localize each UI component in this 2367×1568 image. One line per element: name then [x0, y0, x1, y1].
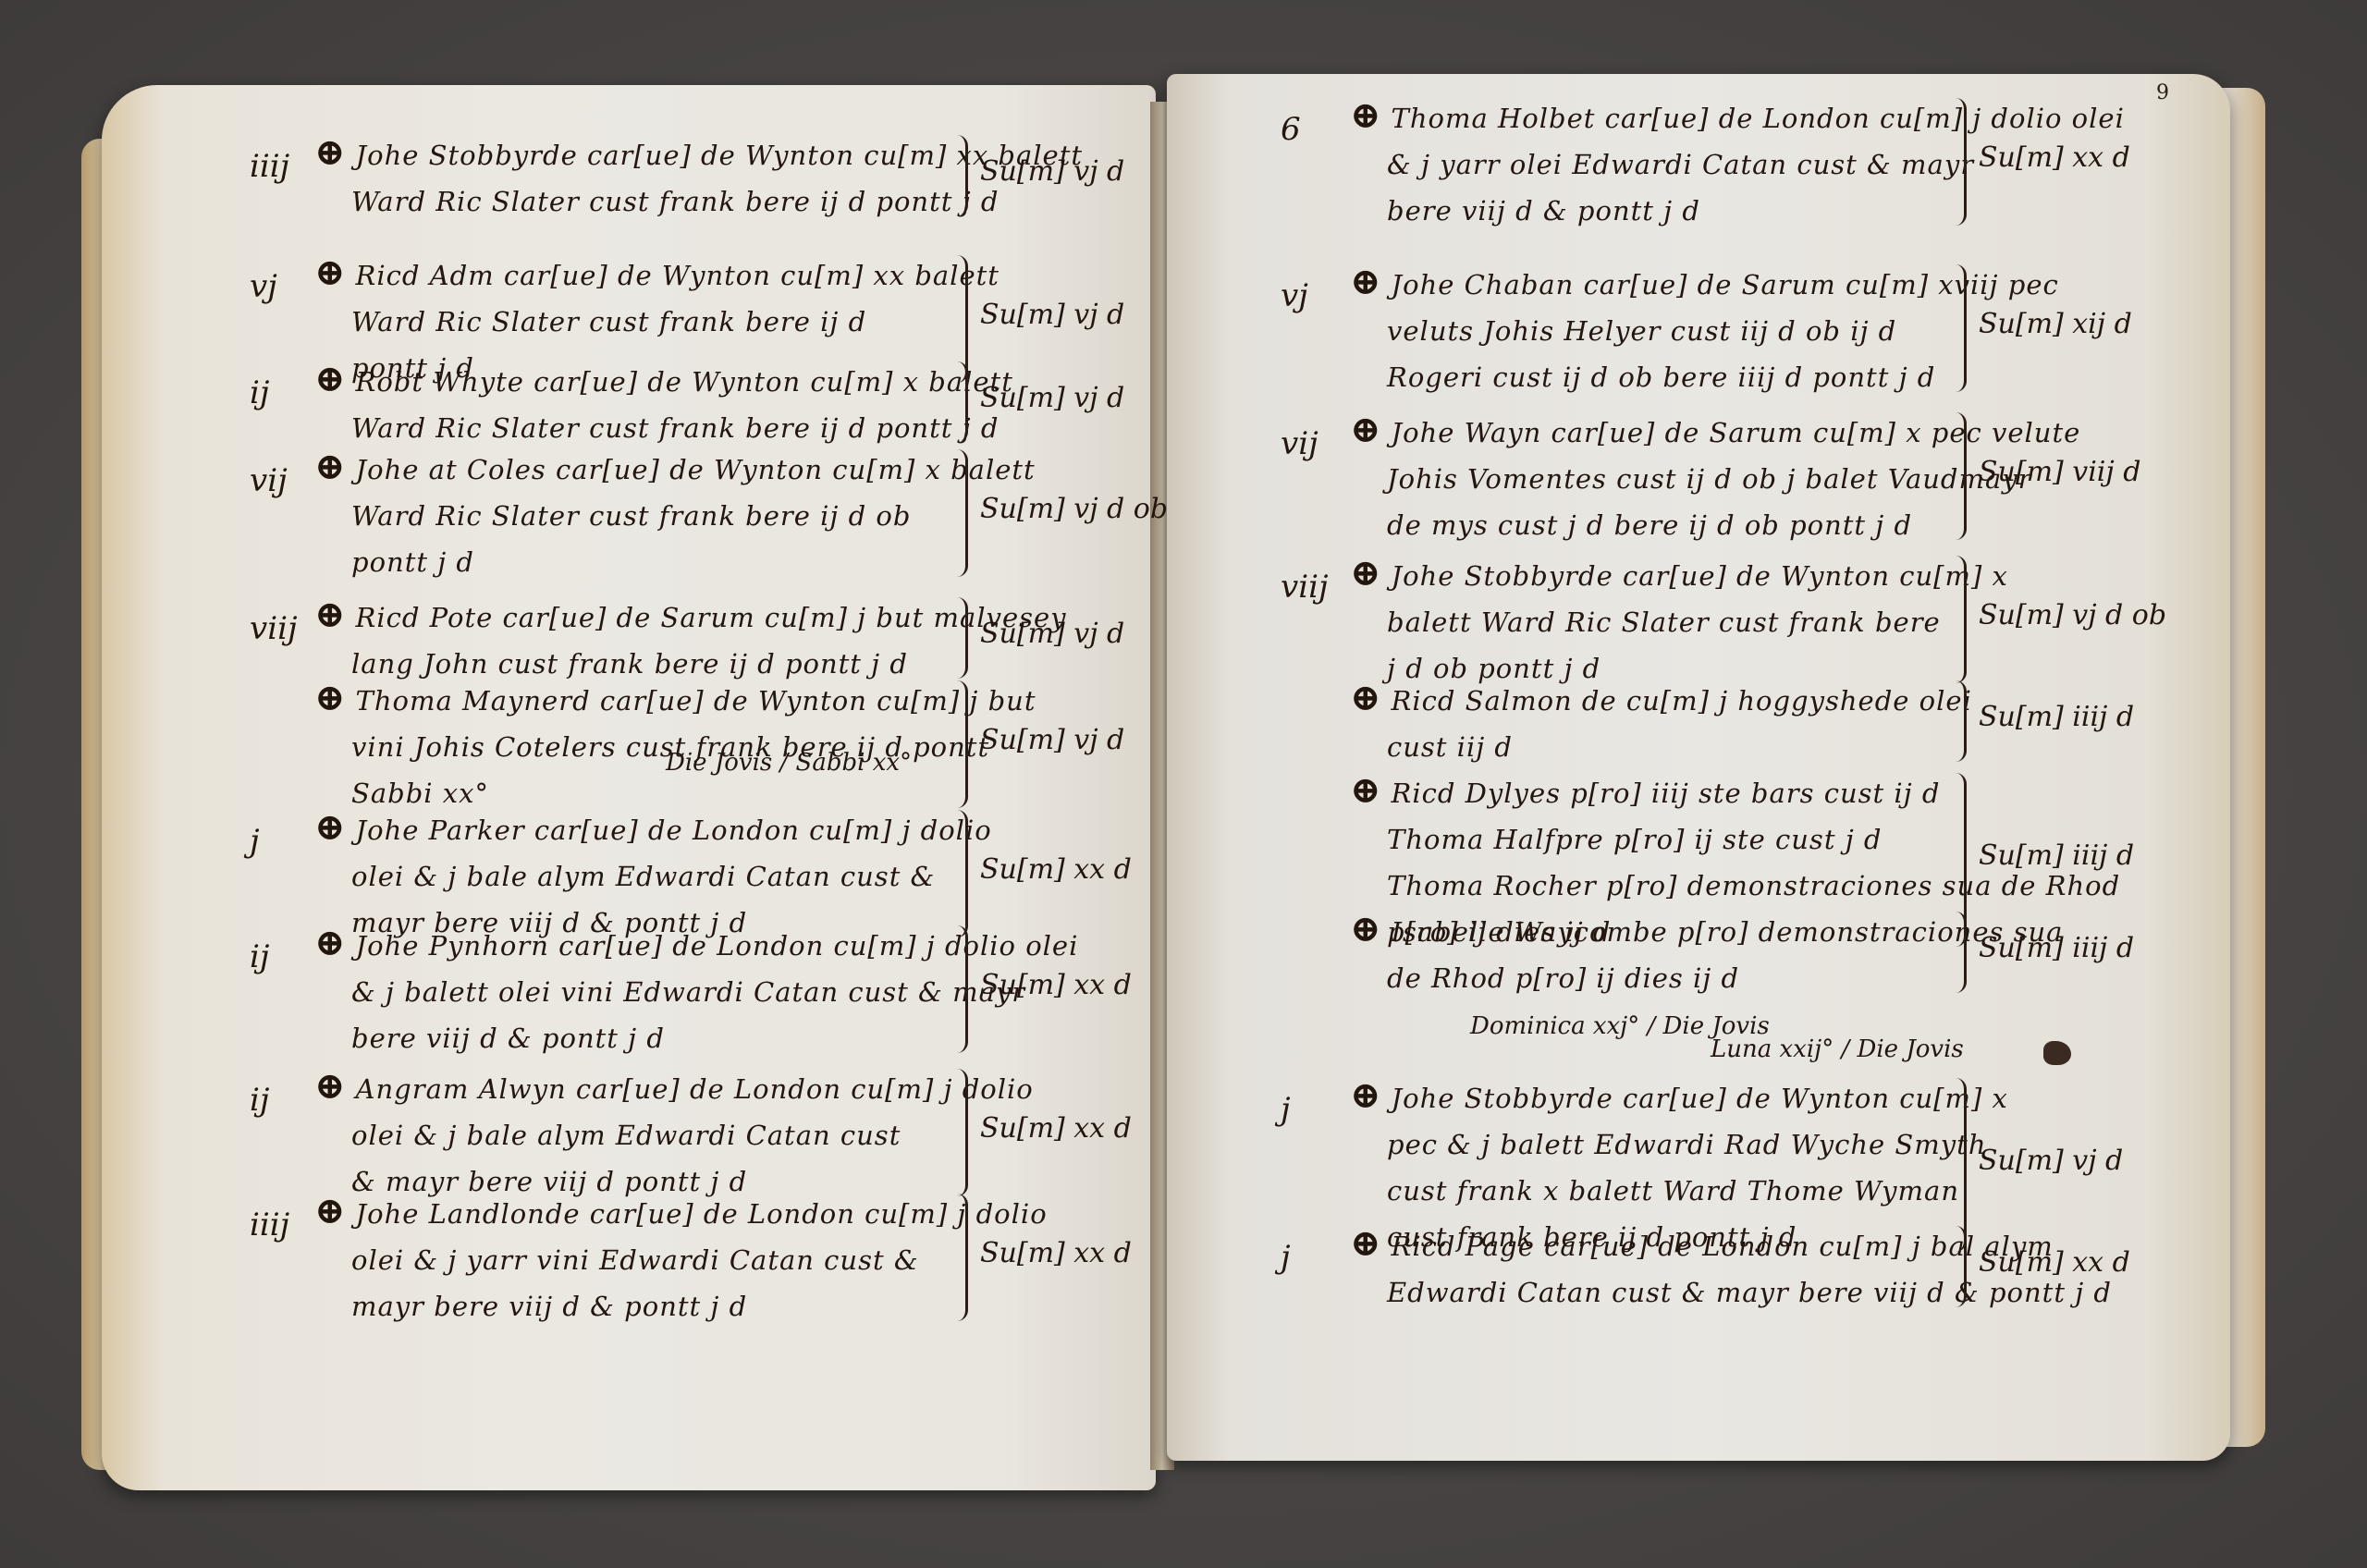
entry-amount: Su[m] vj d ob — [1979, 599, 2166, 631]
entry-bracket — [952, 680, 968, 808]
entry-line: ⊕Johe Stobbyrde car[ue] de Wynton cu[m] … — [1350, 1072, 2008, 1121]
entry-initial-mark: ⊕ — [314, 921, 347, 964]
entry-initial-mark: ⊕ — [1350, 408, 1382, 451]
entry-line: cust iij d — [1350, 724, 1972, 770]
entry-initial-mark: ⊕ — [1350, 907, 1382, 950]
margin-number: 6 — [1281, 111, 1301, 148]
ledger-entry: ⊕Ricd Salmon de cu[m] j hoggyshede oleic… — [1350, 675, 1972, 770]
margin-number: vij — [250, 462, 288, 499]
entry-line: ⊕Johe Parker car[ue] de London cu[m] j d… — [314, 804, 992, 853]
ledger-entry: ⊕Thoma Maynerd car[ue] de Wynton cu[m] j… — [314, 675, 1036, 816]
entry-line: Ward Ric Slater cust frank bere ij d — [314, 299, 1000, 345]
entry-line: Ward Ric Slater cust frank bere ij d ob — [314, 493, 1036, 539]
ledger-entry: ⊕Angram Alwyn car[ue] de London cu[m] j … — [314, 1063, 1034, 1205]
margin-number: j — [1281, 1239, 1291, 1276]
entry-amount: Su[m] iiij d — [1979, 701, 2134, 733]
entry-amount: Su[m] vj d — [1979, 1145, 2123, 1177]
entry-line: ⊕Johe Wayn car[ue] de Sarum cu[m] x pec … — [1350, 407, 2080, 456]
entry-line: Johis Vomentes cust ij d ob j balet Vaud… — [1350, 456, 2080, 502]
entry-line: ⊕Ricd Dylyes p[ro] iiij ste bars cust ij… — [1350, 767, 2120, 816]
entry-amount: Su[m] iiij d — [1979, 932, 2134, 964]
entry-line: pontt j d — [314, 539, 1036, 585]
entry-line: cust frank x balett Ward Thome Wyman — [1350, 1168, 2008, 1214]
entry-line: balett Ward Ric Slater cust frank bere — [1350, 599, 2008, 645]
entry-amount: Su[m] xx d — [1979, 1246, 2130, 1279]
entry-amount: Su[m] vj d — [980, 724, 1124, 756]
entry-initial-mark: ⊕ — [314, 593, 347, 636]
entry-initial-mark: ⊕ — [1350, 1221, 1382, 1265]
entry-initial-mark: ⊕ — [1350, 260, 1382, 303]
entry-bracket — [952, 1069, 968, 1196]
ledger-entry: ⊕Johe Wayn car[ue] de Sarum cu[m] x pec … — [1350, 407, 2080, 548]
entry-bracket — [952, 925, 968, 1053]
ink-blot — [2043, 1041, 2071, 1065]
entry-initial-mark: ⊕ — [314, 357, 347, 400]
margin-number: viij — [250, 610, 298, 647]
margin-number: ij — [250, 1082, 269, 1119]
entry-initial-mark: ⊕ — [1350, 676, 1382, 719]
date-note-left: Die Jovis / Sabbi xx° — [666, 749, 912, 777]
entry-amount: Su[m] viij d — [1979, 456, 2140, 488]
margin-number: j — [1281, 1091, 1291, 1128]
entry-line: ⊕Thoma Holbet car[ue] de London cu[m] j … — [1350, 92, 2125, 141]
entry-amount: Su[m] iiij d — [1979, 839, 2134, 872]
entry-line: de mys cust j d bere ij d ob pontt j d — [1350, 502, 2080, 548]
entry-bracket — [1951, 556, 1967, 683]
entry-initial-mark: ⊕ — [314, 1189, 347, 1232]
entry-bracket — [952, 135, 968, 216]
entry-amount: Su[m] vj d — [980, 299, 1124, 331]
margin-number: ij — [250, 938, 269, 975]
entry-amount: Su[m] vj d — [980, 618, 1124, 650]
entry-bracket — [1951, 680, 1967, 762]
entry-amount: Su[m] xx d — [980, 1112, 1132, 1145]
margin-number: vj — [1281, 277, 1308, 314]
entry-line: ⊕Johe Stobbyrde car[ue] de Wynton cu[m] … — [1350, 550, 2008, 599]
entry-line: olei & j yarr vini Edwardi Catan cust & — [314, 1237, 1048, 1283]
entry-initial-mark: ⊕ — [314, 1064, 347, 1108]
ledger-entry: ⊕Johe at Coles car[ue] de Wynton cu[m] x… — [314, 444, 1036, 585]
entry-line: olei & j bale alym Edwardi Catan cust — [314, 1112, 1034, 1158]
entry-bracket — [1951, 412, 1967, 540]
entry-amount: Su[m] xij d — [1979, 308, 2132, 340]
entry-initial-mark: ⊕ — [1350, 1073, 1382, 1117]
margin-number: j — [250, 823, 260, 860]
entry-initial-mark: ⊕ — [1350, 551, 1382, 594]
entry-line: ⊕Johe at Coles car[ue] de Wynton cu[m] x… — [314, 444, 1036, 493]
entry-line: ⊕Ricd Adm car[ue] de Wynton cu[m] xx bal… — [314, 250, 1000, 299]
entry-amount: Su[m] xx d — [980, 969, 1132, 1001]
entry-bracket — [1951, 912, 1967, 993]
entry-amount: Su[m] vj d ob — [980, 493, 1168, 525]
entry-bracket — [952, 597, 968, 679]
entry-bracket — [952, 361, 968, 443]
entry-bracket — [952, 449, 968, 577]
entry-initial-mark: ⊕ — [1350, 768, 1382, 812]
entry-amount: Su[m] vj d — [980, 382, 1124, 414]
entry-line: olei & j bale alym Edwardi Catan cust & — [314, 853, 992, 900]
folio-number: 9 — [2156, 81, 2169, 104]
entry-bracket — [1951, 1226, 1967, 1307]
entry-initial-mark: ⊕ — [314, 130, 347, 174]
entry-bracket — [1951, 98, 1967, 226]
entry-line: ⊕Thoma Maynerd car[ue] de Wynton cu[m] j… — [314, 675, 1036, 724]
entry-amount: Su[m] xx d — [980, 1237, 1132, 1269]
margin-number: iiij — [250, 1207, 289, 1243]
entry-line: ⊕Ricd Salmon de cu[m] j hoggyshede olei — [1350, 675, 1972, 724]
margin-number: vij — [1281, 425, 1318, 462]
ledger-entry: ⊕Robt Whyte car[ue] de Wynton cu[m] x ba… — [314, 356, 1013, 451]
entry-initial-mark: ⊕ — [1350, 93, 1382, 137]
entry-bracket — [1951, 264, 1967, 392]
entry-initial-mark: ⊕ — [314, 445, 347, 488]
entry-line: pec & j balett Edwardi Rad Wyche Smyth — [1350, 1121, 2008, 1168]
entry-amount: Su[m] vj d — [980, 155, 1124, 188]
margin-number: vj — [250, 268, 277, 305]
entry-line: bere viij d & pontt j d — [1350, 188, 2125, 234]
entry-line: ⊕Robt Whyte car[ue] de Wynton cu[m] x ba… — [314, 356, 1013, 405]
entry-amount: Su[m] xx d — [980, 853, 1132, 886]
margin-number: ij — [250, 374, 269, 411]
entry-bracket — [952, 810, 968, 937]
margin-number: viij — [1281, 569, 1329, 606]
entry-line: mayr bere viij d & pontt j d — [314, 1283, 1048, 1329]
entry-line: ⊕Angram Alwyn car[ue] de London cu[m] j … — [314, 1063, 1034, 1112]
date-note-right-2: Luna xxij° / Die Jovis — [1711, 1035, 1964, 1063]
entry-bracket — [952, 1194, 968, 1321]
entry-line: ⊕Johe Landlonde car[ue] de London cu[m] … — [314, 1188, 1048, 1237]
entry-initial-mark: ⊕ — [314, 251, 347, 294]
ledger-entry: ⊕Johe Stobbyrde car[ue] de Wynton cu[m] … — [1350, 550, 2008, 692]
entry-amount: Su[m] xx d — [1979, 141, 2130, 174]
entry-initial-mark: ⊕ — [314, 676, 347, 719]
entry-initial-mark: ⊕ — [314, 805, 347, 849]
margin-number: iiij — [250, 148, 289, 185]
ledger-entry: ⊕Johe Landlonde car[ue] de London cu[m] … — [314, 1188, 1048, 1329]
